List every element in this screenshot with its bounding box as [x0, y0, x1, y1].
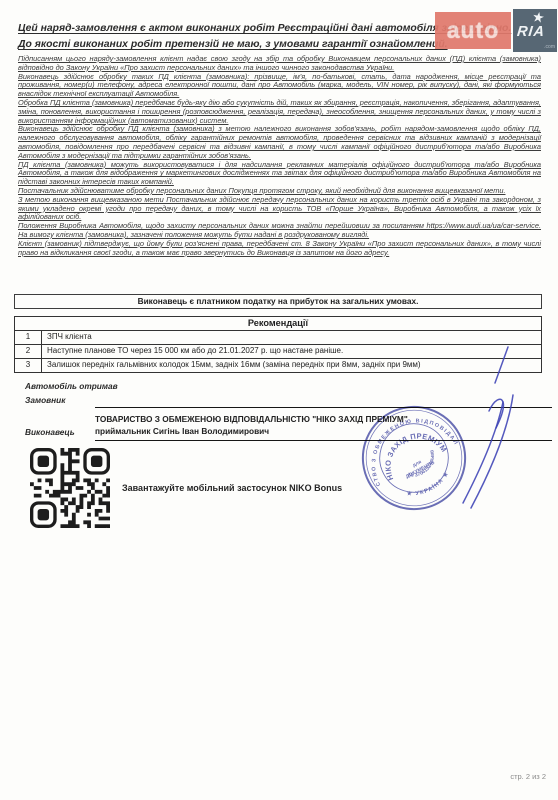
legal-paragraph: Виконавець здійснює обробку ПД клієнта (… — [18, 125, 541, 160]
row-number: 1 — [15, 331, 42, 344]
car-received-label: Автомобіль отримав — [25, 381, 118, 391]
legal-paragraph: Клієнт (замовник) підтверджує, що йому б… — [18, 240, 541, 258]
legal-paragraph: ПД клієнта (замовника) можуть використов… — [18, 161, 541, 187]
qr-code — [30, 448, 110, 528]
legal-paragraph: З метою виконання вищевказаною мети Пост… — [18, 196, 541, 222]
row-number: 2 — [15, 345, 42, 358]
ria-logo-block: ★ RIA .com — [513, 9, 557, 52]
legal-paragraph: Виконавець здійснює обробку таких ПД клі… — [18, 73, 541, 99]
tax-notice-box: Виконавець є платником податку на прибут… — [14, 294, 542, 309]
row-text: Наступне планове ТО через 15 000 км або … — [42, 345, 343, 358]
stamp-city: ЛЬВІВ — [424, 448, 440, 465]
row-number: 3 — [15, 359, 42, 372]
svg-text:ЛЬВІВ: ЛЬВІВ — [424, 448, 440, 465]
legal-paragraph: Положення Виробника Автомобіля, щодо зах… — [18, 222, 541, 240]
legal-paragraph: Обробка ПД клієнта (замовника) передбача… — [18, 99, 541, 125]
app-promo-text: Завантажуйте мобільний застосунок NIKO B… — [122, 483, 342, 493]
customer-label: Замовник — [25, 395, 65, 405]
scanned-document-page: Цей наряд-замовлення є актом виконаних р… — [0, 0, 558, 800]
ria-com-text: .com — [544, 44, 555, 50]
auto-logo-text: auto — [447, 19, 500, 42]
recommendations-title: Рекомендації — [15, 317, 541, 330]
page-number: стр. 2 из 2 — [460, 772, 546, 781]
signature-ink — [440, 330, 558, 530]
contractor-label: Виконавець — [25, 427, 75, 437]
signature-stroke — [471, 395, 513, 508]
row-text: ЗПЧ клієнта — [42, 331, 92, 344]
signature-stroke — [489, 399, 503, 428]
auto-logo-block: auto — [435, 12, 511, 49]
row-text: Залишок передніх гальмівних колодок 15мм… — [42, 359, 421, 372]
legal-text-block: Підписанням цього наряду-замовлення кліє… — [18, 55, 541, 257]
ria-logo-text: RIA — [516, 24, 546, 40]
legal-paragraph: Підписанням цього наряду-замовлення кліє… — [18, 55, 541, 73]
signature-stroke — [495, 347, 508, 383]
